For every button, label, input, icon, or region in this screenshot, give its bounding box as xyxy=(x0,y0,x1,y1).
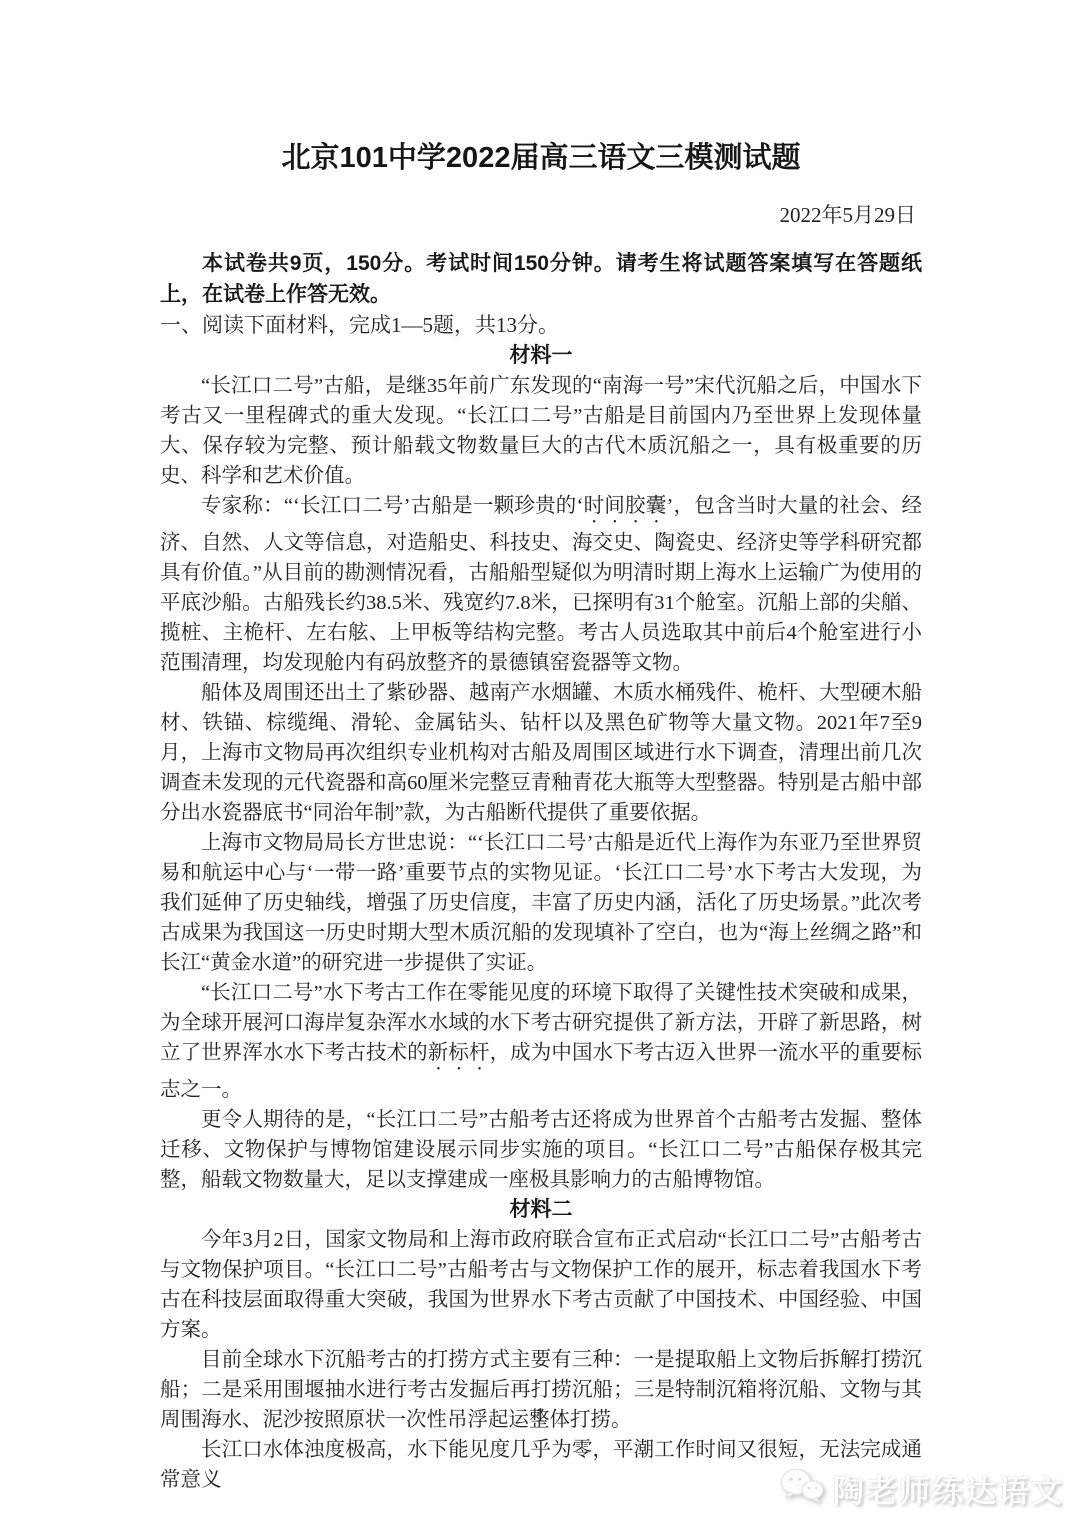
page-content: 北京101中学2022届高三语文三模测试题 2022年5月29日 本试卷共9页，… xyxy=(0,0,1080,1495)
material-two-paragraphs: 今年3月2日，国家文物局和上海市政府联合宣布正式启动“长江口二号”古船考古与文物… xyxy=(160,1225,922,1495)
material-one-heading: 材料一 xyxy=(160,341,922,371)
paragraph: 今年3月2日，国家文物局和上海市政府联合宣布正式启动“长江口二号”古船考古与文物… xyxy=(160,1225,922,1345)
emphasized-text: 时间胶囊 xyxy=(583,495,666,517)
paragraph: 专家称：“‘长江口二号’古船是一颗珍贵的‘时间胶囊’，包含当时大量的社会、经济、… xyxy=(160,491,922,678)
wechat-icon xyxy=(779,1466,825,1511)
paragraph: “长江口二号”水下考古工作在零能见度的环境下取得了关键性技术突破和成果，为全球开… xyxy=(160,978,922,1105)
exam-date: 2022年5月29日 xyxy=(160,200,922,230)
exam-paper-page: 北京101中学2022届高三语文三模测试题 2022年5月29日 本试卷共9页，… xyxy=(0,0,1080,1527)
watermark: 陶老师练达语文 xyxy=(779,1466,1064,1511)
material-one-paragraphs: “长江口二号”古船，是继35年前广东发现的“南海一号”宋代沉船之后，中国水下考古… xyxy=(160,371,922,1195)
page-number: 1 xyxy=(0,1404,1080,1427)
paragraph: 上海市文物局局长方世忠说：“‘长江口二号’古船是近代上海作为东亚乃至世界贸易和航… xyxy=(160,828,922,978)
material-two-heading: 材料二 xyxy=(160,1195,922,1225)
watermark-text: 陶老师练达语文 xyxy=(833,1466,1064,1511)
page-title: 北京101中学2022届高三语文三模测试题 xyxy=(160,140,922,176)
paragraph: “长江口二号”古船，是继35年前广东发现的“南海一号”宋代沉船之后，中国水下考古… xyxy=(160,371,922,491)
section-one-heading: 一、阅读下面材料，完成1—5题，共13分。 xyxy=(160,310,922,341)
emphasized-text: 新标杆 xyxy=(428,1042,490,1064)
paragraph: 船体及周围还出土了紫砂器、越南产水烟罐、木质水桶残件、桅杆、大型硬木船材、铁锚、… xyxy=(160,678,922,828)
exam-instructions: 本试卷共9页，150分。考试时间150分钟。请考生将试题答案填写在答题纸上，在试… xyxy=(160,248,922,310)
paragraph: 更令人期待的是，“长江口二号”古船考古还将成为世界首个古船考古发掘、整体迁移、文… xyxy=(160,1105,922,1195)
